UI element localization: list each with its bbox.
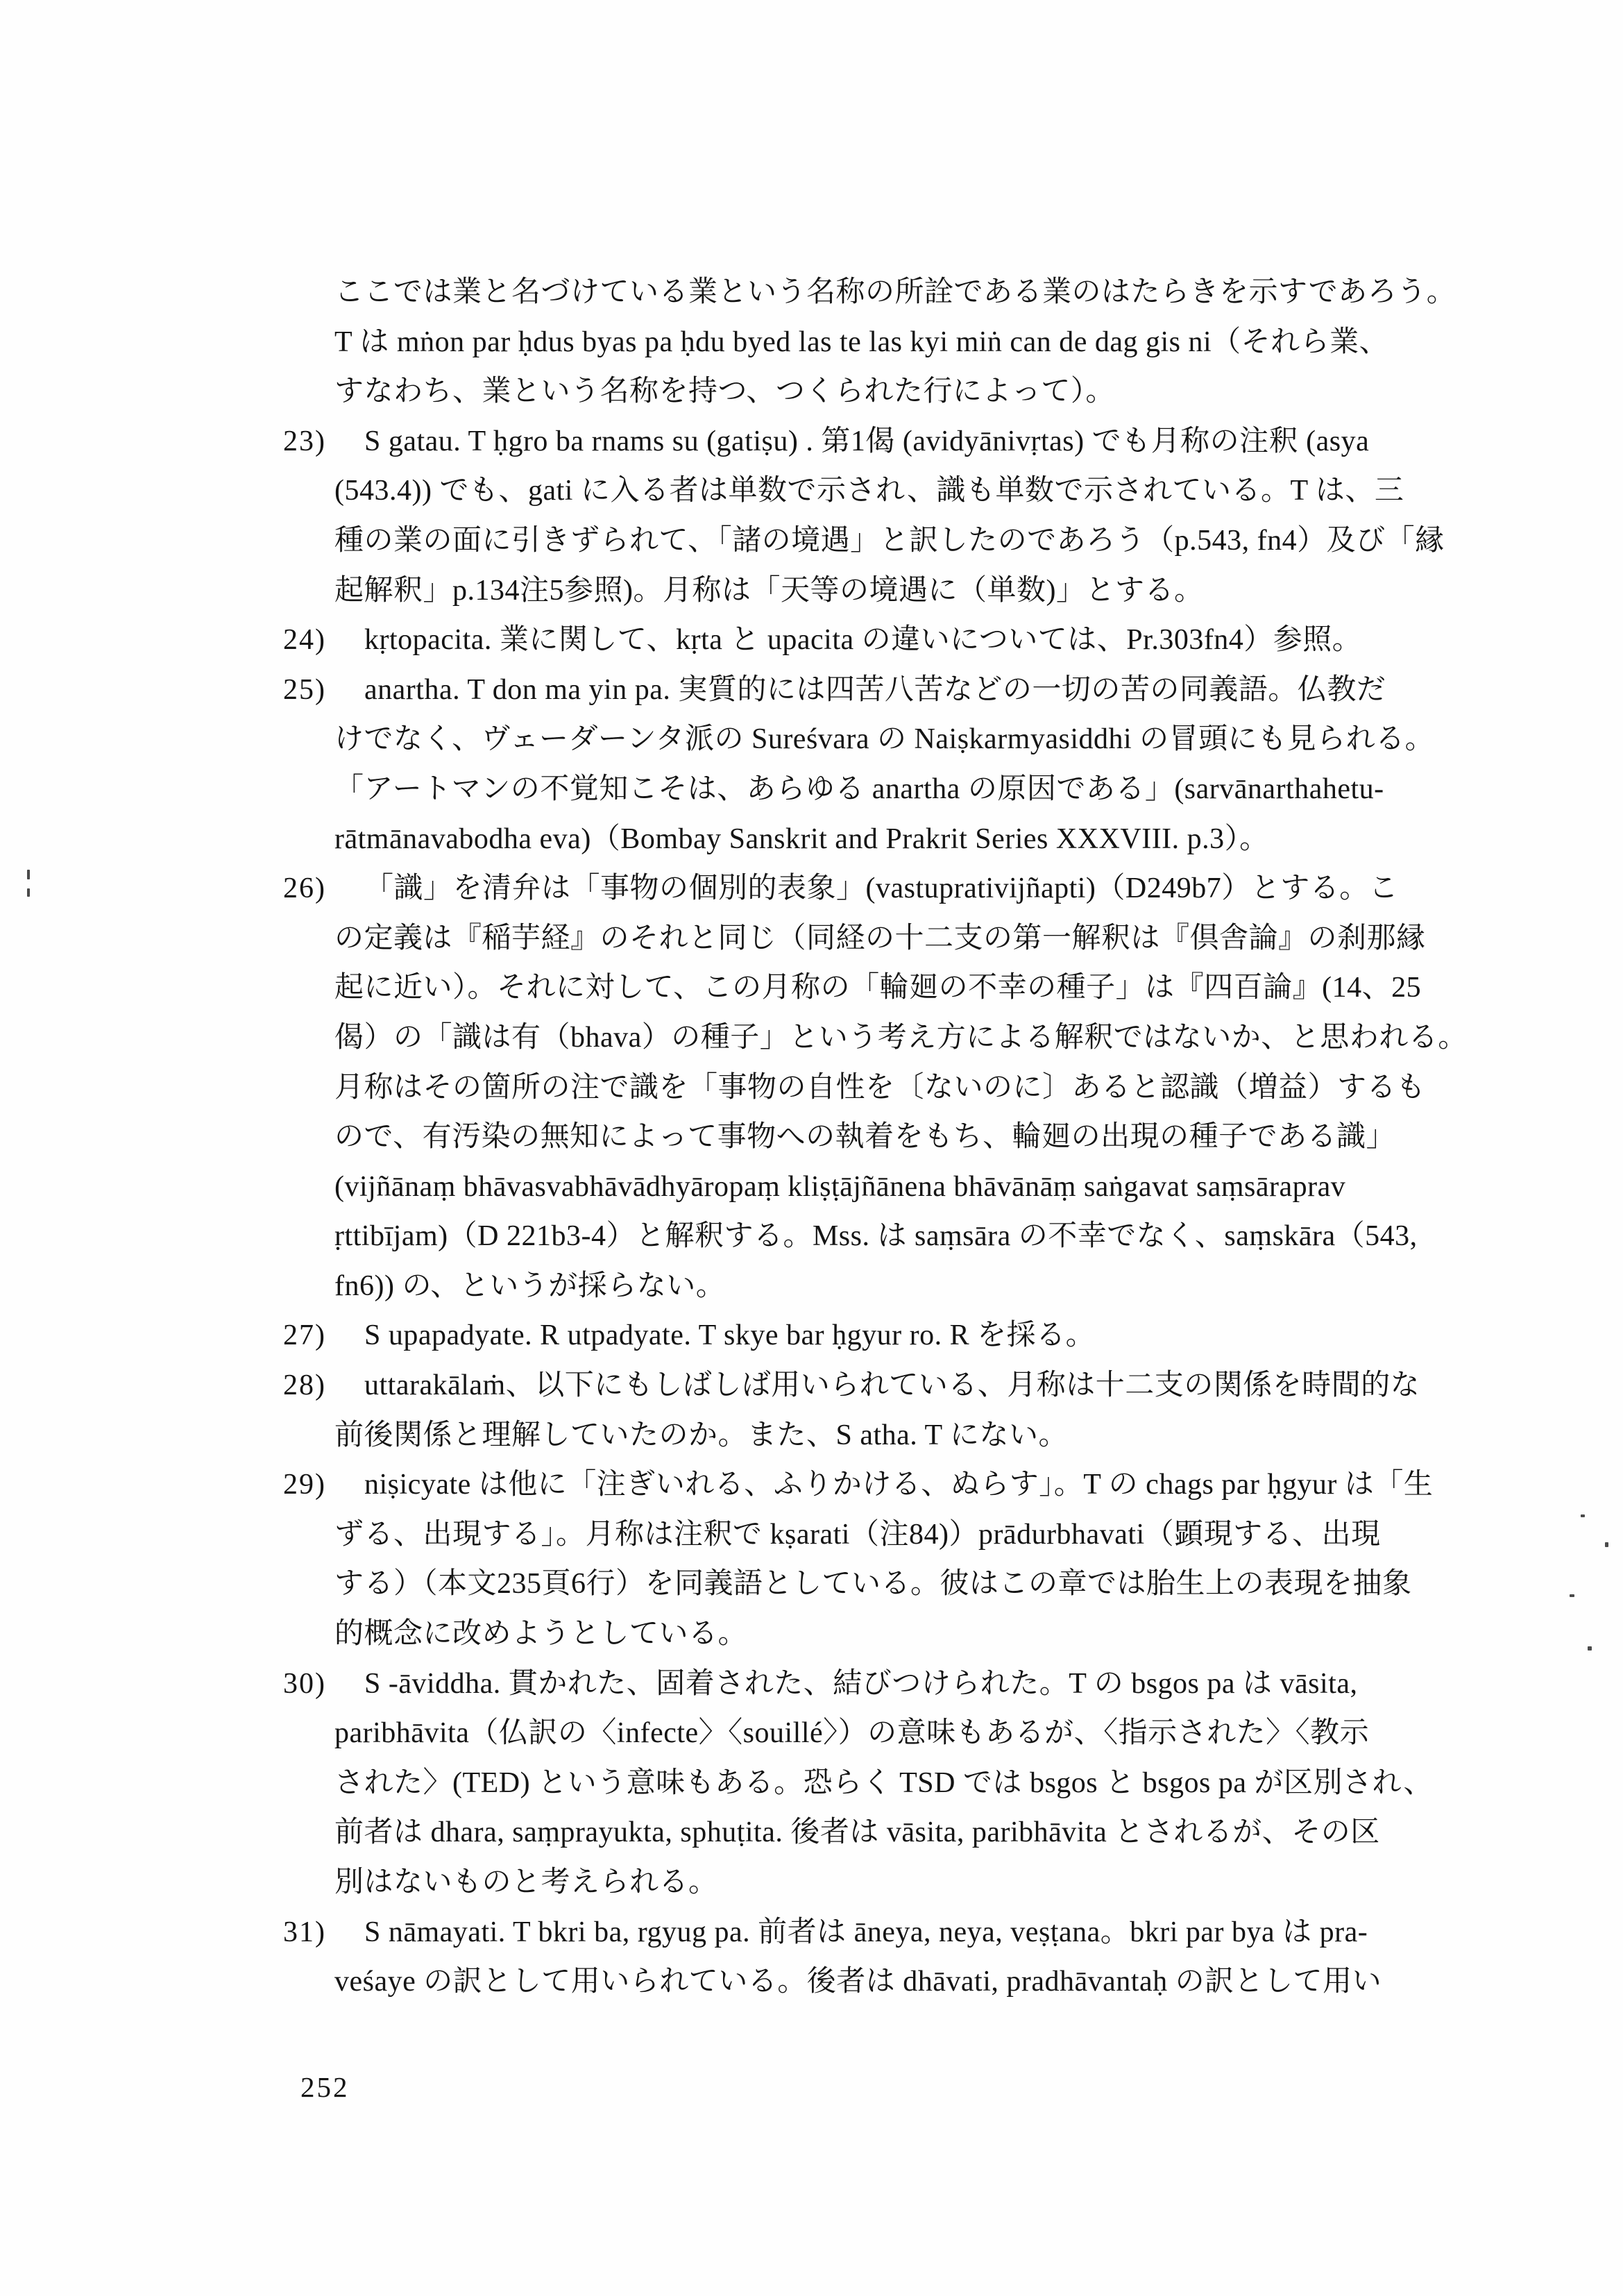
footnote-24: 24)kṛtopacita. 業に関して、kṛta と upacita の違いに… xyxy=(334,616,1465,666)
note-number: 30) xyxy=(283,1660,334,1710)
footnote-30: 30)S -āviddha. 貫かれた、固着された、結びつけられた。T の bs… xyxy=(334,1660,1465,1908)
note-line: 27)S upapadyate. R utpadyate. T skye bar… xyxy=(334,1311,1465,1361)
note-line: 前者は dhara, saṃprayukta, sphuṭita. 後者は vā… xyxy=(334,1808,1465,1858)
note-line: 31)S nāmayati. T bkri ba, rgyug pa. 前者は … xyxy=(334,1908,1465,1958)
note-line: rātmānavabodha eva)（Bombay Sanskrit and … xyxy=(334,815,1465,865)
note-number: 29) xyxy=(283,1460,334,1510)
note-line: 偈）の「識は有（bhava）の種子」という考え方による解釈ではないか、と思われる… xyxy=(334,1013,1465,1063)
note-number: 27) xyxy=(283,1311,334,1361)
note-line: (vijñānaṃ bhāvasvabhāvādhyāropaṃ kliṣṭāj… xyxy=(334,1163,1465,1213)
note-line: (543.4)) でも、gati に入る者は単数で示され、識も単数で示されている… xyxy=(334,466,1465,516)
note-line: 30)S -āviddha. 貫かれた、固着された、結びつけられた。T の bs… xyxy=(334,1660,1465,1710)
note-line: ṛttibījam)（D 221b3-4）と解釈する。Mss. は saṃsār… xyxy=(334,1212,1465,1262)
note-line: 的概念に改めようとしている。 xyxy=(334,1610,1465,1660)
scan-artifact xyxy=(1588,1646,1592,1651)
note-line: 「アートマンの不覚知こそは、あらゆる anartha の原因である」(sarvā… xyxy=(334,765,1465,815)
note-line: 26)「識」を清弁は「事物の個別的表象」(vastuprativijñapti)… xyxy=(334,864,1465,914)
note-line: fn6)) の、というが採らない。 xyxy=(334,1262,1465,1312)
note-number: 28) xyxy=(283,1361,334,1411)
note-line: veśaye の訳として用いられている。後者は dhāvati, pradhāv… xyxy=(334,1957,1465,2007)
note-line: 種の業の面に引きずられて、「諸の境遇」と訳したのであろう（p.543, fn4）… xyxy=(334,516,1465,566)
paragraph-continuation: ここでは業と名づけている業という名称の所詮である業のはたらきを示すであろう。 T… xyxy=(334,268,1465,417)
footnote-31: 31)S nāmayati. T bkri ba, rgyug pa. 前者は … xyxy=(334,1908,1465,2007)
note-line: の定義は『稲芋経』のそれと同じ（同経の十二支の第一解釈は『倶舎論』の刹那縁 xyxy=(334,914,1465,964)
note-line: すなわち、業という名称を持つ、つくられた行によって）。 xyxy=(334,367,1465,417)
note-number: 31) xyxy=(283,1908,334,1958)
note-line: 28)uttarakālaṁ、以下にもしばしば用いられている、月称は十二支の関係… xyxy=(334,1361,1465,1411)
note-number: 25) xyxy=(283,666,334,716)
scan-artifact xyxy=(1605,1542,1608,1547)
note-line: 起解釈」p.134注5参照)。月称は「天等の境遇に（単数)」とする。 xyxy=(334,566,1465,616)
note-line: 起に近い）。それに対して、この月称の「輪廻の不幸の種子」は『四百論』(14、25 xyxy=(334,963,1465,1013)
footnote-29: 29)niṣicyate は他に「注ぎいれる、ふりかける、ぬらす」。T の ch… xyxy=(334,1460,1465,1659)
note-number: 24) xyxy=(283,616,334,666)
footnotes-block: ここでは業と名づけている業という名称の所詮である業のはたらきを示すであろう。 T… xyxy=(334,268,1465,2007)
note-line: 別はないものと考えられる。 xyxy=(334,1858,1465,1908)
note-line: 前後関係と理解していたのか。また、S atha. T にない。 xyxy=(334,1411,1465,1461)
footnote-27: 27)S upapadyate. R utpadyate. T skye bar… xyxy=(334,1311,1465,1361)
page-number: 252 xyxy=(300,2063,350,2113)
note-line: された〉(TED) という意味もある。恐らく TSD では bsgos と bs… xyxy=(334,1759,1465,1809)
note-line: けでなく、ヴェーダーンタ派の Sureśvara の Naiṣkarmyasid… xyxy=(334,715,1465,765)
note-line: 25)anartha. T don ma yin pa. 実質的には四苦八苦など… xyxy=(334,666,1465,716)
scan-artifact xyxy=(1570,1594,1574,1597)
note-number: 26) xyxy=(283,864,334,914)
note-line: ここでは業と名づけている業という名称の所詮である業のはたらきを示すであろう。 xyxy=(334,268,1465,318)
scan-artifact xyxy=(27,870,30,879)
note-number: 23) xyxy=(283,417,334,467)
footnote-26: 26)「識」を清弁は「事物の個別的表象」(vastuprativijñapti)… xyxy=(334,864,1465,1311)
note-line: paribhāvita（仏訳の〈infecte〉〈souillé〉）の意味もある… xyxy=(334,1709,1465,1759)
note-line: 24)kṛtopacita. 業に関して、kṛta と upacita の違いに… xyxy=(334,616,1465,666)
footnote-23: 23)S gatau. T ḥgro ba rnams su (gatiṣu) … xyxy=(334,417,1465,616)
note-line: 月称はその箇所の注で識を「事物の自性を〔ないのに〕あると認識（増益）するも xyxy=(334,1063,1465,1113)
note-line: する）（本文235頁6行）を同義語としている。彼はこの章では胎生上の表現を抽象 xyxy=(334,1560,1465,1610)
scanned-book-page: ここでは業と名づけている業という名称の所詮である業のはたらきを示すであろう。 T… xyxy=(0,0,1623,2296)
scan-artifact xyxy=(27,888,30,897)
note-line: T は mṅon par ḥdus byas pa ḥdu byed las t… xyxy=(334,318,1465,368)
footnote-25: 25)anartha. T don ma yin pa. 実質的には四苦八苦など… xyxy=(334,666,1465,864)
note-line: ずる、出現する」。月称は注釈で kṣarati（注84)）prādurbhava… xyxy=(334,1510,1465,1560)
note-line: 23)S gatau. T ḥgro ba rnams su (gatiṣu) … xyxy=(334,417,1465,467)
note-line: 29)niṣicyate は他に「注ぎいれる、ふりかける、ぬらす」。T の ch… xyxy=(334,1460,1465,1510)
note-line: ので、有汚染の無知によって事物への執着をもち、輪廻の出現の種子である識」 xyxy=(334,1113,1465,1163)
footnote-28: 28)uttarakālaṁ、以下にもしばしば用いられている、月称は十二支の関係… xyxy=(334,1361,1465,1460)
scan-artifact xyxy=(1581,1514,1585,1517)
